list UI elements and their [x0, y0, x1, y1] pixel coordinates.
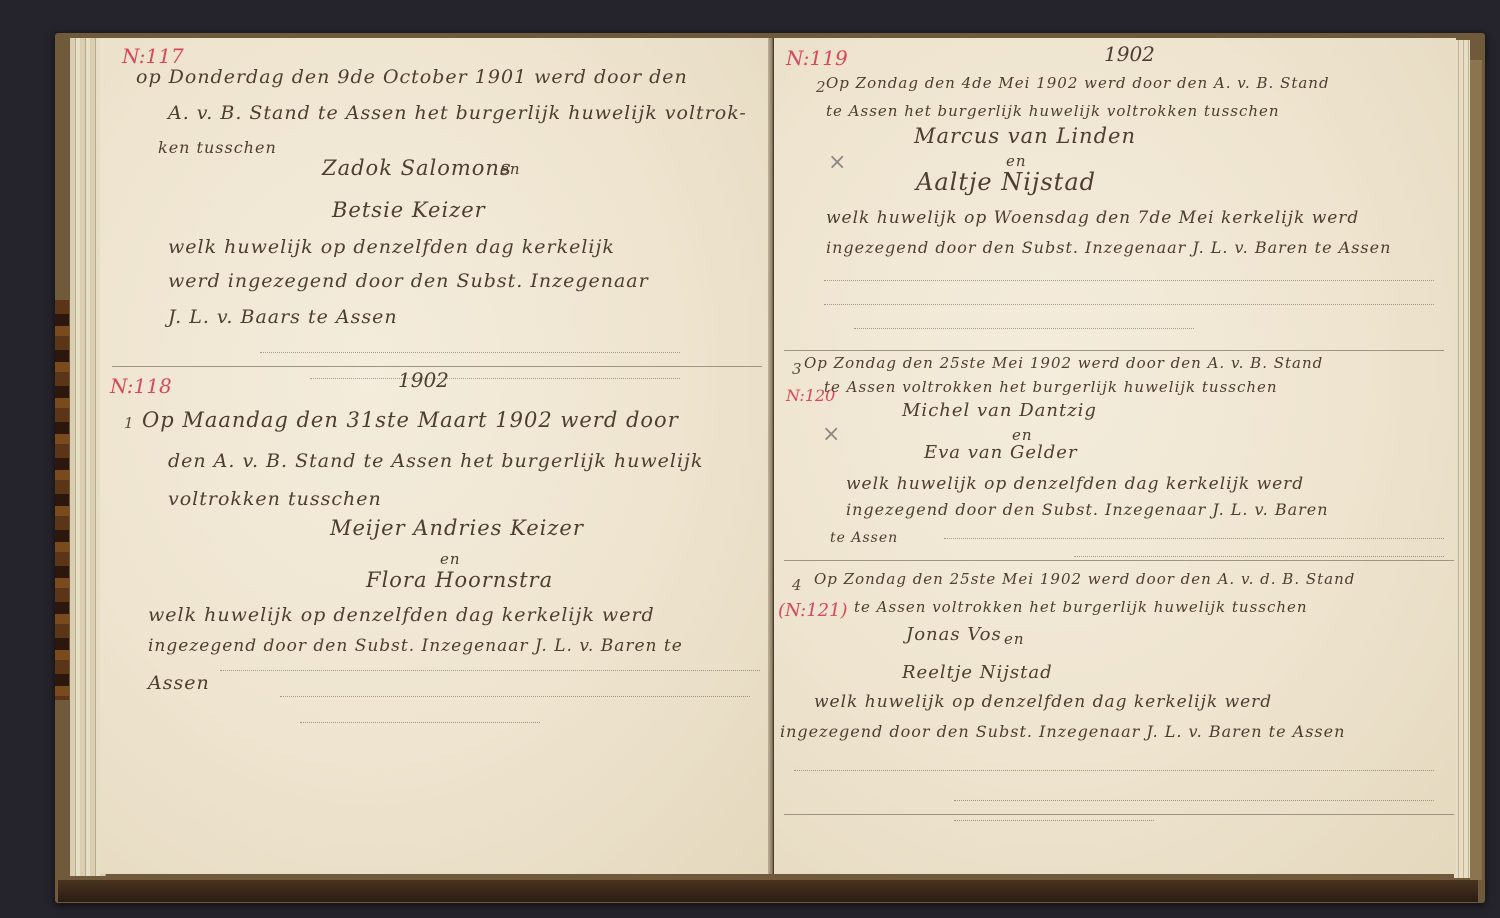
- register-entry-117: N:117 op Donderdag den 9de October 1901 …: [100, 38, 772, 368]
- entry-text-line: te Assen voltrokken het burgerlijk huwel…: [824, 378, 1278, 396]
- entry-divider: [112, 366, 762, 367]
- groom-name: Meijer Andries Keizer: [330, 516, 584, 540]
- entry-closing-line: welk huwelijk op denzelfden dag kerkelij…: [846, 474, 1304, 494]
- entry-closing-line: welk huwelijk op denzelfden dag kerkelij…: [168, 236, 615, 258]
- register-entry-120: 3 Op Zondag den 25ste Mei 1902 werd door…: [774, 350, 1456, 558]
- entry-text-line: voltrokken tusschen: [168, 488, 382, 510]
- entry-closing-line: ingezegend door den Subst. Inzegenaar J.…: [148, 636, 683, 656]
- entry-closing-line: te Assen: [830, 530, 898, 546]
- sequence-number: 1: [124, 414, 134, 432]
- entry-text-line: op Donderdag den 9de October 1901 werd d…: [136, 66, 688, 88]
- hebrew-annotation-line: [300, 720, 540, 723]
- groom-name: Zadok Salomons: [322, 156, 512, 180]
- entry-closing-line: J. L. v. Baars te Assen: [168, 306, 398, 328]
- entry-number: N:119: [786, 46, 848, 70]
- entry-text-line: Op Maandag den 31ste Maart 1902 werd doo…: [142, 408, 679, 432]
- sequence-number: 2: [816, 78, 826, 96]
- hebrew-annotation-line: [280, 694, 750, 697]
- right-page: 1902 N:119 2 Op Zondag den 4de Mei 1902 …: [774, 38, 1456, 874]
- entry-number: (N:121): [778, 600, 848, 621]
- sequence-number: 4: [792, 576, 802, 594]
- entry-text-line: Op Zondag den 4de Mei 1902 werd door den…: [826, 74, 1330, 92]
- entry-closing-line: werd ingezegend door den Subst. Inzegena…: [168, 270, 649, 292]
- entry-closing-line: welk huwelijk op denzelfden dag kerkelij…: [148, 604, 655, 626]
- register-entry-121: 4 Op Zondag den 25ste Mei 1902 werd door…: [774, 562, 1456, 852]
- bride-name: Aaltje Nijstad: [916, 168, 1096, 196]
- conjunction-en: en: [440, 550, 461, 568]
- left-page: N:117 op Donderdag den 9de October 1901 …: [100, 38, 773, 874]
- entry-closing-line: welk huwelijk op Woensdag den 7de Mei ke…: [826, 208, 1359, 228]
- cross-mark: ×: [822, 422, 840, 447]
- hebrew-annotation-line: [824, 302, 1434, 305]
- bride-name: Reeltje Nijstad: [902, 662, 1053, 683]
- cross-mark: ×: [828, 150, 846, 175]
- sequence-number: 3: [792, 360, 802, 378]
- entry-text-line: ken tusschen: [158, 138, 277, 157]
- hebrew-annotation-line: [794, 768, 1434, 771]
- hebrew-annotation-line: [944, 536, 1444, 539]
- book-cover-edge: [1470, 60, 1482, 880]
- conjunction-en: en: [500, 160, 521, 178]
- hebrew-annotation-line: [220, 668, 760, 671]
- entry-closing-line: welk huwelijk op denzelfden dag kerkelij…: [814, 692, 1272, 712]
- groom-name: Jonas Vos: [906, 624, 1002, 645]
- year-heading: 1902: [398, 368, 449, 392]
- entry-closing-line: Assen: [148, 672, 210, 694]
- entry-text-line: A. v. B. Stand te Assen het burgerlijk h…: [168, 102, 747, 124]
- entry-text-line: te Assen voltrokken het burgerlijk huwel…: [854, 598, 1308, 616]
- entry-closing-line: ingezegend door den Subst. Inzegenaar J.…: [780, 722, 1345, 741]
- hebrew-annotation-line: [854, 326, 1194, 329]
- hebrew-annotation-line: [1074, 554, 1444, 557]
- hebrew-annotation-line: [824, 278, 1434, 281]
- entry-closing-line: ingezegend door den Subst. Inzegenaar J.…: [846, 500, 1329, 519]
- conjunction-en: en: [1004, 630, 1025, 648]
- hebrew-annotation-line: [954, 798, 1434, 801]
- book-cover-bottom-edge: [58, 880, 1478, 902]
- book-spine-marbled: [55, 300, 69, 700]
- entry-divider: [784, 814, 1454, 815]
- bride-name: Betsie Keizer: [332, 198, 486, 222]
- bride-name: Flora Hoornstra: [366, 568, 553, 592]
- entry-closing-line: ingezegend door den Subst. Inzegenaar J.…: [826, 238, 1391, 257]
- entry-text-line: Op Zondag den 25ste Mei 1902 werd door d…: [814, 570, 1355, 588]
- groom-name: Michel van Dantzig: [902, 400, 1097, 421]
- register-entry-118: 1902 N:118 1 Op Maandag den 31ste Maart …: [100, 368, 772, 768]
- hebrew-annotation-line: [954, 818, 1154, 821]
- page-stack-right: [1454, 40, 1470, 878]
- groom-name: Marcus van Linden: [914, 124, 1136, 148]
- entry-divider: [784, 560, 1454, 561]
- hebrew-annotation-line: [260, 350, 680, 353]
- register-entry-119: N:119 2 Op Zondag den 4de Mei 1902 werd …: [774, 38, 1456, 328]
- bride-name: Eva van Gelder: [924, 442, 1078, 463]
- entry-number: N:118: [110, 374, 172, 398]
- entry-number: N:117: [122, 44, 184, 68]
- entry-text-line: te Assen het burgerlijk huwelijk voltrok…: [826, 102, 1280, 120]
- entry-text-line: Op Zondag den 25ste Mei 1902 werd door d…: [804, 354, 1323, 372]
- entry-text-line: den A. v. B. Stand te Assen het burgerli…: [168, 450, 703, 472]
